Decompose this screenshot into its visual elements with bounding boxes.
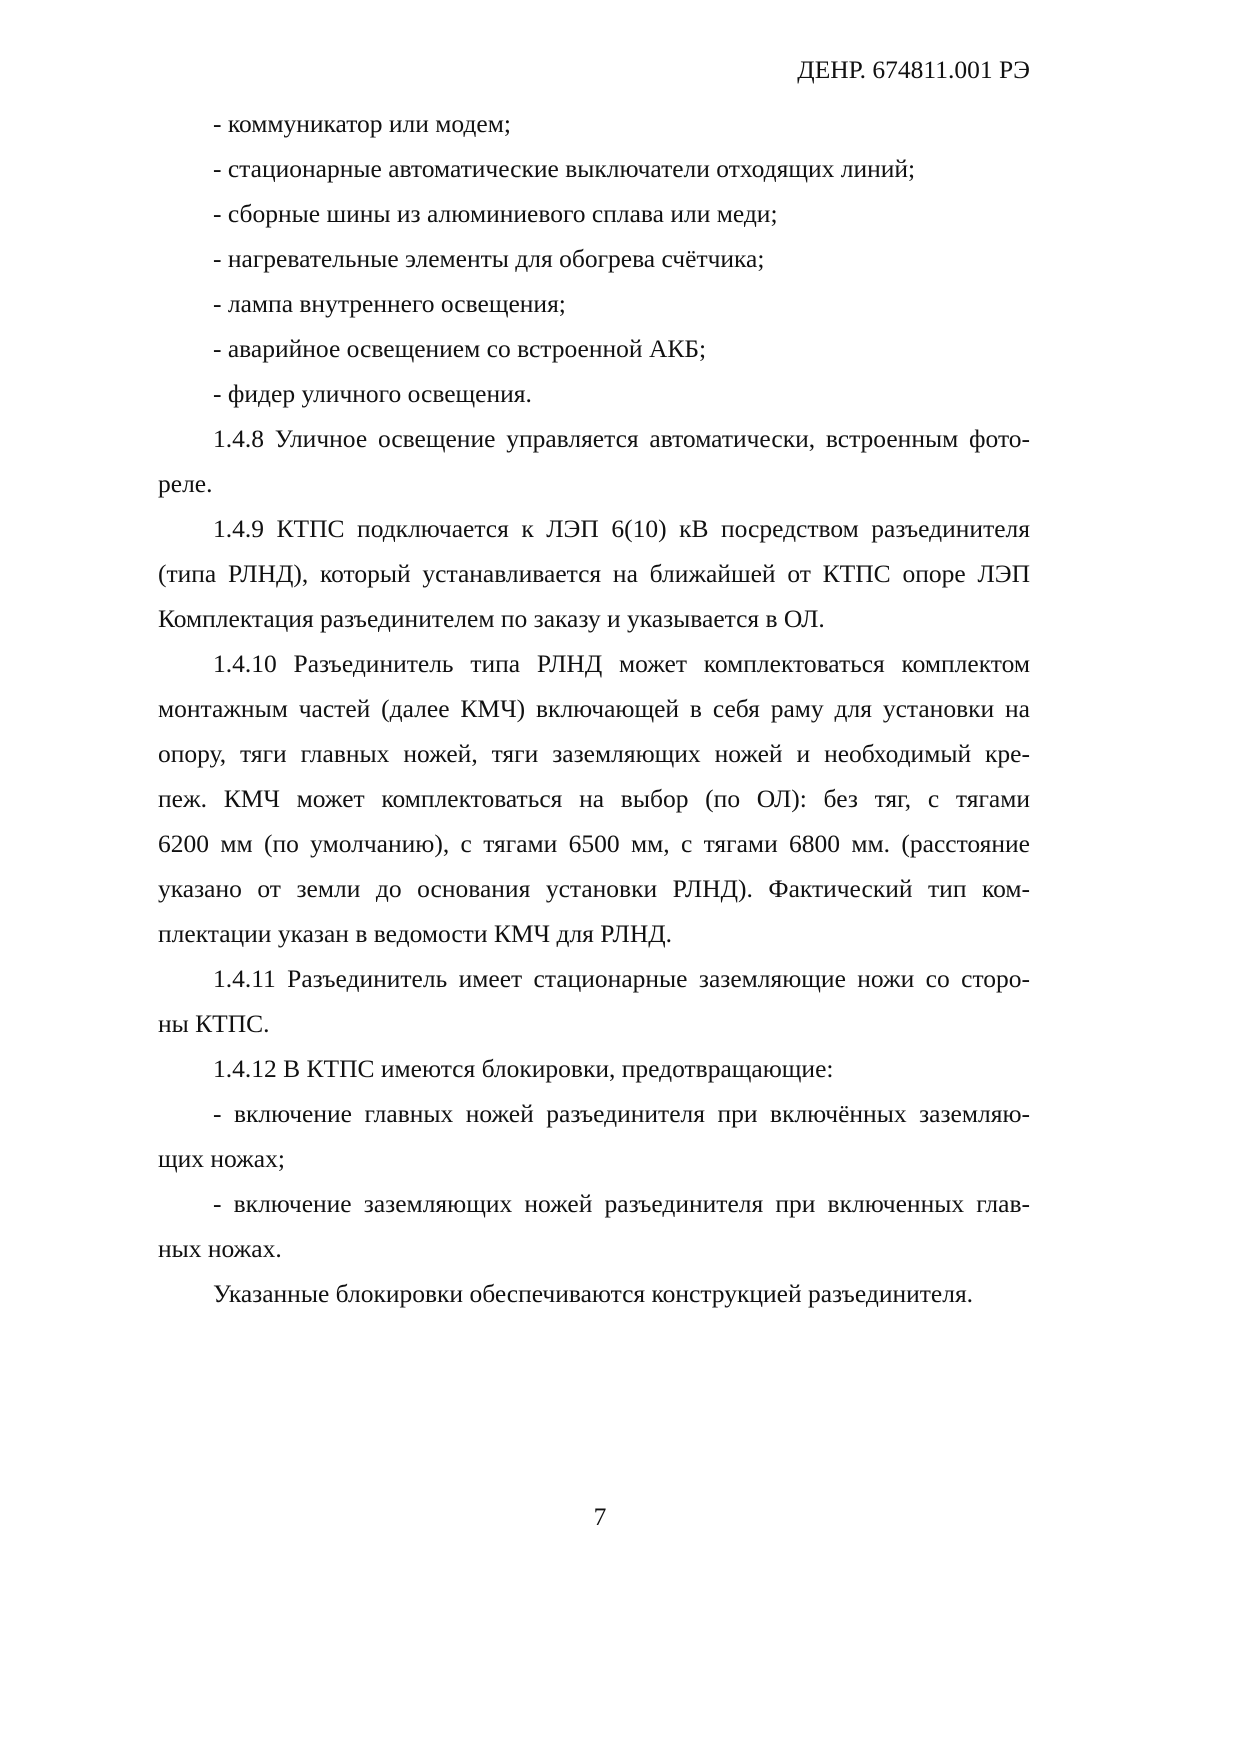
text-line: 6200 мм (по умолчанию), с тягами 6500 мм… [158,829,1030,859]
page-number: 7 [560,1502,640,1532]
text-line: пеж. КМЧ может комплектоваться на выбор … [158,784,1030,814]
document-code-header: ДЕНР. 674811.001 РЭ [790,55,1030,85]
text-line: 1.4.8 Уличное освещение управляется авто… [213,424,1030,454]
text-line: 1.4.10 Разъединитель типа РЛНД может ком… [213,649,1030,679]
document-page: ДЕНР. 674811.001 РЭ - коммуникатор или м… [0,0,1241,1755]
text-line: 1.4.11 Разъединитель имеет стационарные … [213,964,1030,994]
text-line: Комплектация разъединителем по заказу и … [158,604,825,634]
text-line: - сборные шины из алюминиевого сплава ил… [213,199,778,229]
text-line: 1.4.12 В КТПС имеются блокировки, предот… [213,1054,833,1084]
text-line: плектации указан в ведомости КМЧ для РЛН… [158,919,672,949]
text-line: ных ножах. [158,1234,282,1264]
text-line: - лампа внутреннего освещения; [213,289,566,319]
text-line: щих ножах; [158,1144,285,1174]
text-line: - включение заземляющих ножей разъединит… [213,1189,1030,1219]
text-line: монтажным частей (далее КМЧ) включающей … [158,694,1030,724]
text-line: - аварийное освещением со встроенной АКБ… [213,334,706,364]
text-line: ны КТПС. [158,1009,270,1039]
text-line: - нагревательные элементы для обогрева с… [213,244,764,274]
text-line: 1.4.9 КТПС подключается к ЛЭП 6(10) кВ п… [213,514,1030,544]
text-line: реле. [158,469,213,499]
text-line: опору, тяги главных ножей, тяги заземляю… [158,739,1030,769]
text-line: - коммуникатор или модем; [213,109,511,139]
text-line: - фидер уличного освещения. [213,379,532,409]
text-line: (типа РЛНД), который устанавливается на … [158,559,1030,589]
text-line: указано от земли до основания установки … [158,874,1030,904]
text-line: Указанные блокировки обеспечиваются конс… [213,1279,973,1309]
text-line: - стационарные автоматические выключател… [213,154,915,184]
text-line: - включение главных ножей разъединителя … [213,1099,1030,1129]
